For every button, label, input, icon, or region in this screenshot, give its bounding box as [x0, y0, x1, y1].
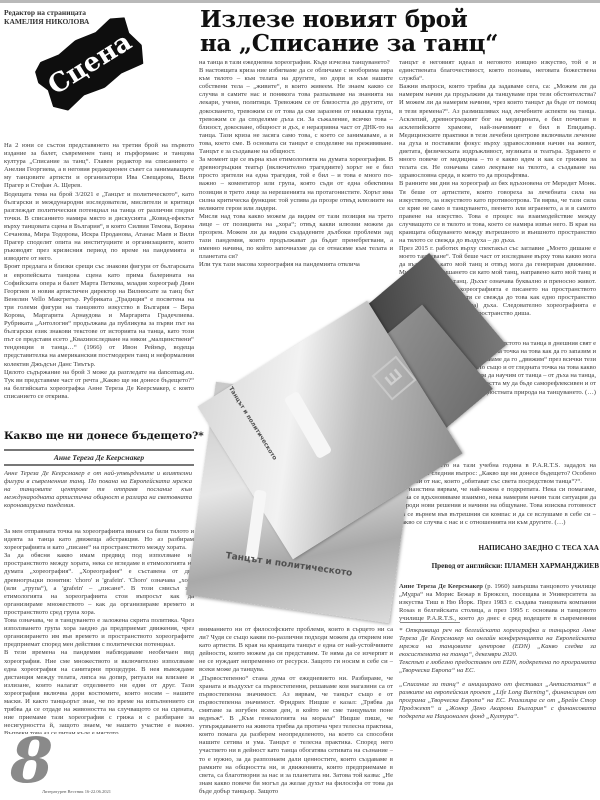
footnote-2: Текстът е любезно предоставен от EDN, по… [399, 659, 596, 675]
credit-written: НАПИСАНО ЗАЕДНО С ТЕСА ХАА [399, 544, 599, 552]
print-line: Литературен Вестник 16-22.06.2021 [42, 789, 111, 794]
closing-paragraph: Цялото съдържание на брой 3 може да разг… [4, 369, 194, 401]
speech-title: Какво ще ни донесе бъдещето?* [4, 430, 204, 442]
right-p3: В ранните ми дни на хореограф аз бях вдъ… [399, 180, 596, 245]
section-logo: Сцена [29, 12, 150, 117]
right-p1: танцът е неговият идеал и неговото изящн… [399, 59, 596, 83]
bio-name: Анне Тереза Де Кеерсмакер [399, 583, 483, 590]
page-number: 8 [10, 730, 53, 792]
footnote-separator [400, 622, 460, 623]
middle-p7: „Първостепенно“ стана дума от ежедневиет… [199, 675, 393, 796]
intro-column: На 2 юни се състоя представянето на трет… [4, 142, 194, 426]
guests-paragraph: Броят предлага и близки срещи със знаков… [4, 263, 194, 368]
right-p2: Важни въпроси, които трябва да задаваме … [399, 83, 596, 180]
middle-column-top: на танца в тази ежедневна хореография. К… [199, 59, 393, 339]
section-logo-text: Сцена [43, 27, 137, 101]
headline: Излезе новият брой на „Списание за танц“ [200, 8, 498, 56]
speech-p4: В тези времена на пандемия наблюдаваме н… [4, 649, 194, 734]
middle-p5: Или тук тази масова хореография на панде… [199, 261, 393, 269]
speech-author: Анне Тереза Де Кеерсмакер [4, 449, 194, 466]
speech-p3: Това означава, че в танцуването е заложе… [4, 617, 194, 649]
speech-p2: За да обясня какво имам предвид под изпо… [4, 552, 194, 617]
author-bio: Анне Тереза Де Кеерсмакер (р. 1960) завъ… [399, 583, 596, 623]
footnotes: * Откриваща реч на белгийската хореограф… [399, 627, 596, 737]
top-rule [0, 0, 600, 3]
topic-paragraph: Водещата тема на брой 3/2021 е „Танцът и… [4, 191, 194, 264]
middle-p4: Мисля над това какво можем да видим от т… [199, 213, 393, 262]
middle-p1: на танца в тази ежедневна хореография. К… [199, 59, 393, 67]
speech-column-left: За мен отправната точка на хореографията… [4, 528, 194, 734]
speech-p1: За мен отправната точка на хореографията… [4, 528, 194, 552]
middle-p3: За момент ще се върна към етимологията н… [199, 156, 393, 213]
right-p7: Аз наистина вярвам, че най-важна е подкр… [399, 486, 596, 526]
lede-text: Анне Тереза Де Кеерсмакер е от най-утвър… [4, 470, 192, 510]
speech-lede: Анне Тереза Де Кеерсмакер е от най-утвър… [4, 470, 192, 522]
footnote-3: „Списание за танц“ е инициирано от фести… [399, 681, 596, 721]
page-editor: Редактор на страницата КАМЕЛИЯ НИКОЛОВА [4, 8, 89, 26]
middle-p2: В настоящата криза ние избягваме да се о… [199, 67, 393, 156]
editor-name: КАМЕЛИЯ НИКОЛОВА [4, 17, 89, 26]
editor-label: Редактор на страницата [4, 8, 89, 17]
middle-column-bottom: вниманието ни от философските проблеми, … [199, 626, 393, 796]
intro-paragraph: На 2 юни се състоя представянето на трет… [4, 142, 194, 191]
footnote-1: * Откриваща реч на белгийската хореограф… [399, 627, 596, 659]
headline-line-2: на „Списание за танц“ [200, 32, 498, 56]
credit-translation: Превод от английски: ПЛАМЕН ХАРМАНДЖИЕВ [399, 562, 599, 570]
headline-line-1: Излезе новият брой [200, 8, 498, 32]
middle-p6: вниманието ни от философските проблеми, … [199, 626, 393, 675]
